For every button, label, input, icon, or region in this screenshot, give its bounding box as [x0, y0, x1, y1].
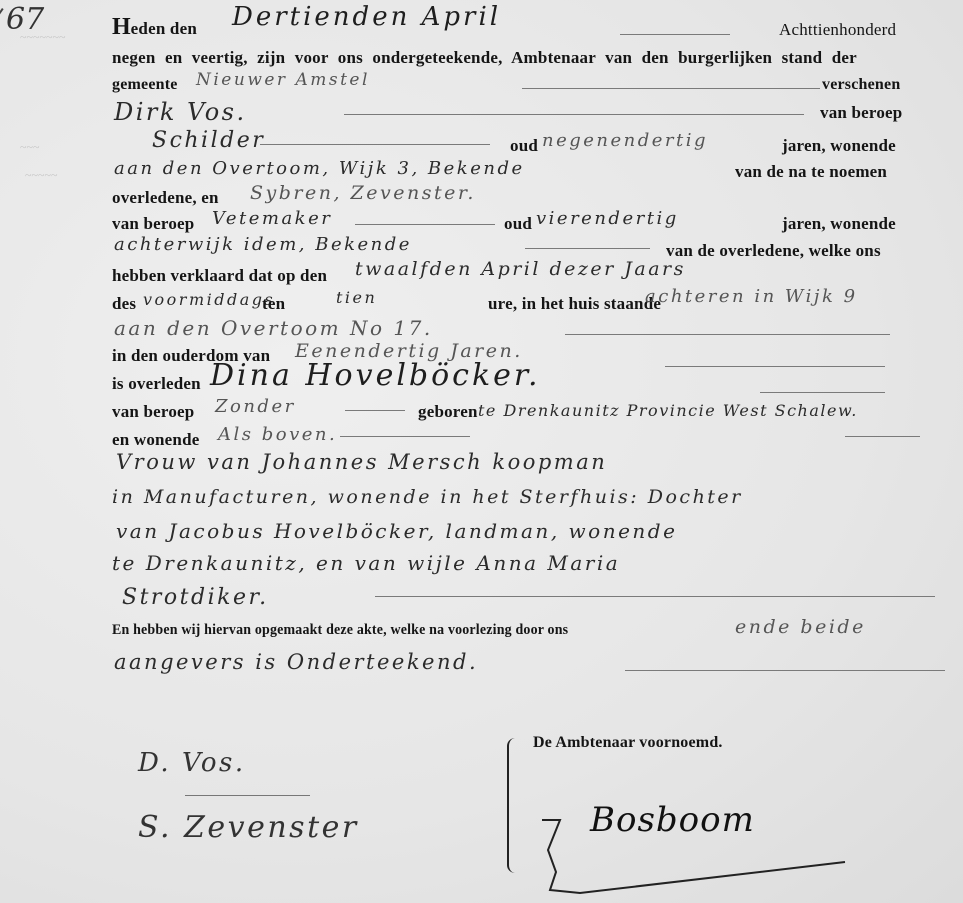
- certificate-page: ~~~~~~~ ~~~ ~~~~~ 67 Heden den Dertiende…: [0, 0, 963, 903]
- signature-flourish: [0, 0, 963, 903]
